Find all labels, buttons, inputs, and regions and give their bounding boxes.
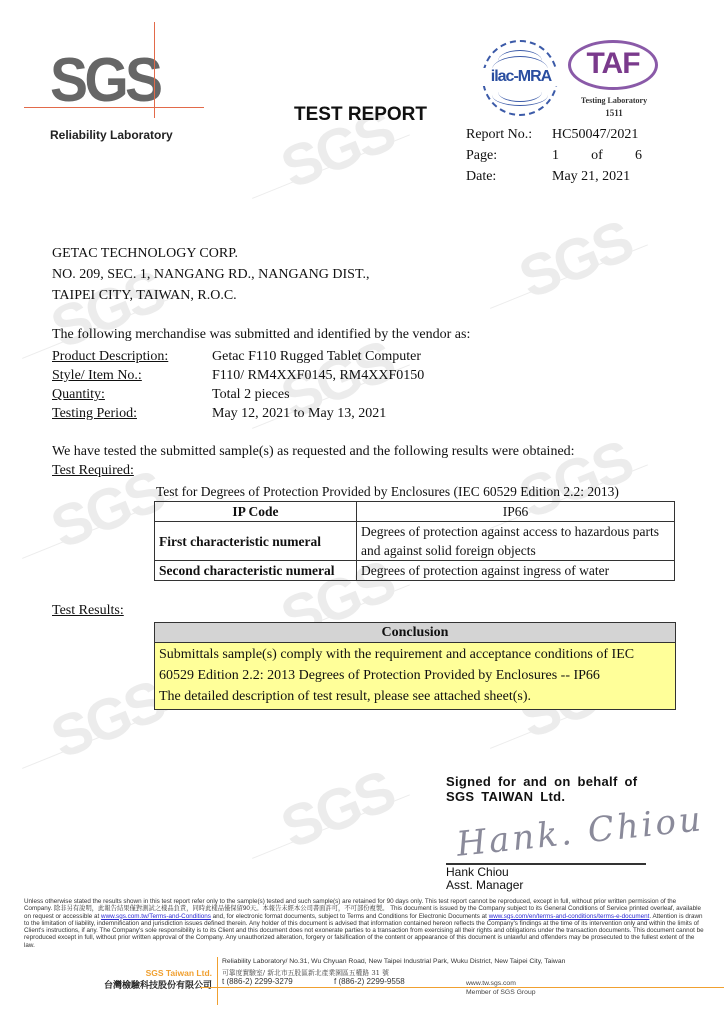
detail-row: Quantity:Total 2 pieces	[52, 385, 424, 404]
tested-statement: We have tested the submitted sample(s) a…	[52, 444, 575, 460]
test-caption: Test for Degrees of Protection Provided …	[156, 484, 619, 500]
client-address: GETAC TECHNOLOGY CORP. NO. 209, SEC. 1, …	[52, 243, 369, 306]
footer-fax: f (886-2) 2299-9558	[334, 977, 405, 986]
sgs-watermark: SGS	[262, 800, 412, 880]
test-required-heading: Test Required:	[52, 463, 134, 479]
detail-row: Product Description:Getac F110 Rugged Ta…	[52, 347, 424, 366]
test-required-table: IP Code IP66 First characteristic numera…	[154, 501, 675, 581]
footer-address-en: Reliability Laboratory/ No.31, Wu Chyuan…	[222, 957, 565, 967]
report-number: HC50047/2021	[552, 124, 638, 145]
footer-divider-horizontal	[200, 987, 724, 988]
footer-website: www.tw.sgs.com Member of SGS Group	[466, 979, 536, 997]
signer-position: Asst. Manager	[446, 879, 523, 892]
detail-row: Testing Period:May 12, 2021 to May 13, 2…	[52, 404, 424, 423]
table-row: Second characteristic numeral Degrees of…	[155, 561, 675, 581]
sample-details: Product Description:Getac F110 Rugged Ta…	[52, 347, 424, 423]
table-row: First characteristic numeral Degrees of …	[155, 522, 675, 561]
legal-disclaimer: Unless otherwise stated the results show…	[24, 898, 704, 949]
detail-row: Style/ Item No.:F110/ RM4XXF0145, RM4XXF…	[52, 366, 424, 385]
footer-address-zh: 可靠度實驗室/ 新北市五股區新北產業園區五權路 31 號	[222, 967, 389, 977]
lab-name: Reliability Laboratory	[50, 128, 173, 142]
sgs-watermark: SGS	[262, 140, 412, 220]
taf-logo: TAF Testing Laboratory 1511	[568, 40, 660, 122]
footer-telephone: t (886-2) 2299-3279	[222, 977, 293, 986]
footer-divider-vertical	[217, 957, 218, 1005]
report-date: May 21, 2021	[552, 166, 630, 187]
conclusion-title: Conclusion	[155, 623, 675, 643]
sgs-watermark: SGS	[32, 710, 182, 790]
footer-company-zh: 台灣檢驗科技股份有限公司	[60, 978, 212, 991]
report-meta: Report No.: HC50047/2021 Page: 1 of 6 Da…	[466, 124, 642, 187]
ilac-mra-logo: ilac-MRA	[478, 40, 562, 118]
signer: Hank Chiou Asst. Manager	[446, 866, 523, 892]
footer-company-en: SGS Taiwan Ltd.	[120, 968, 212, 978]
date-row: Date: May 21, 2021	[466, 166, 642, 187]
page-row: Page: 1 of 6	[466, 145, 642, 166]
page-indicator: 1 of 6	[552, 145, 642, 166]
test-results-heading: Test Results:	[52, 603, 124, 619]
signed-on-behalf: Signed for and on behalf of SGS TAIWAN L…	[446, 774, 637, 804]
sgs-watermark: SGS	[500, 250, 650, 330]
e-document-terms-link[interactable]: www.sgs.com/en/terms-and-conditions/term…	[489, 913, 650, 920]
conclusion-body: Submittals sample(s) comply with the req…	[155, 643, 675, 709]
intro-text: The following merchandise was submitted …	[52, 327, 470, 343]
report-number-row: Report No.: HC50047/2021	[466, 124, 642, 145]
terms-link[interactable]: www.sgs.com.tw/Terms-and-Conditions	[101, 913, 211, 920]
sgs-logo: SGS	[50, 52, 160, 117]
table-row: IP Code IP66	[155, 502, 675, 522]
document-title: TEST REPORT	[294, 104, 427, 126]
handwritten-signature: Hank. Chiou	[455, 799, 706, 865]
conclusion-box: Conclusion Submittals sample(s) comply w…	[154, 622, 676, 710]
